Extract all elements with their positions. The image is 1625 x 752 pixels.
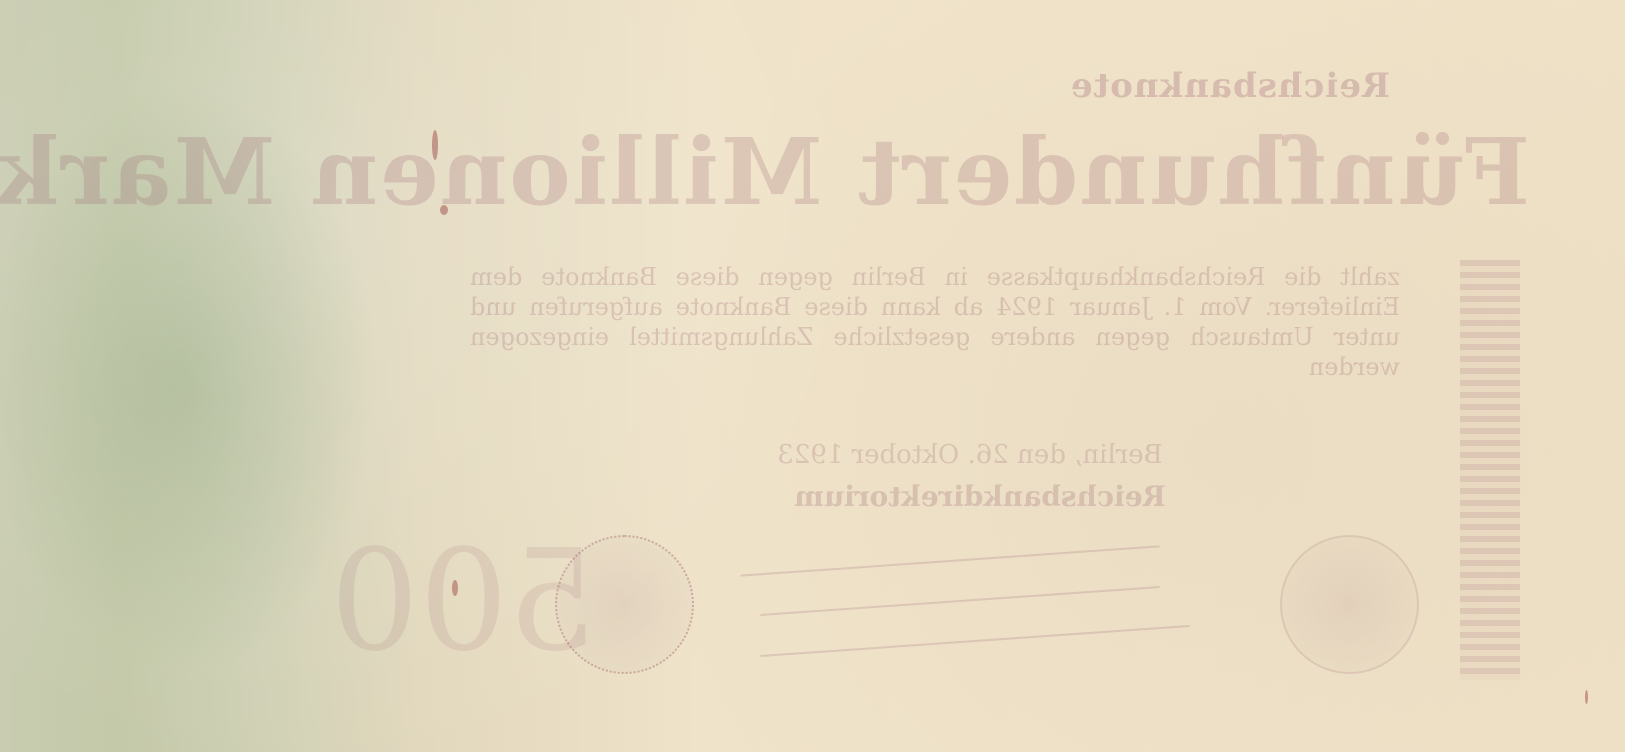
authority-bleed: Reichsbankdirektorium xyxy=(720,480,1240,513)
banknote-reverse: Reichsbanknote Fünfhundert Millionen Mar… xyxy=(0,0,1625,752)
date-line-bleed: Berlin, den 26. Oktober 1923 xyxy=(720,440,1220,470)
ink-speck xyxy=(452,580,458,596)
signature-line xyxy=(740,545,1159,576)
signature-line xyxy=(760,625,1189,657)
body-text-bleed: zahlt die Reichsbankhauptkasse in Berlin… xyxy=(470,262,1400,382)
ink-speck xyxy=(440,205,448,215)
main-heading-bleed: Fünfhundert Millionen Mark xyxy=(290,118,1530,226)
ornamental-border-bleed xyxy=(1460,260,1520,680)
ink-speck xyxy=(1585,690,1588,704)
ink-speck xyxy=(432,130,438,160)
eagle-emblem-icon xyxy=(1280,535,1419,674)
heading-bleed: Reichsbanknote xyxy=(1040,66,1420,106)
seal-stamp-icon xyxy=(555,535,694,674)
signature-line xyxy=(760,586,1159,616)
